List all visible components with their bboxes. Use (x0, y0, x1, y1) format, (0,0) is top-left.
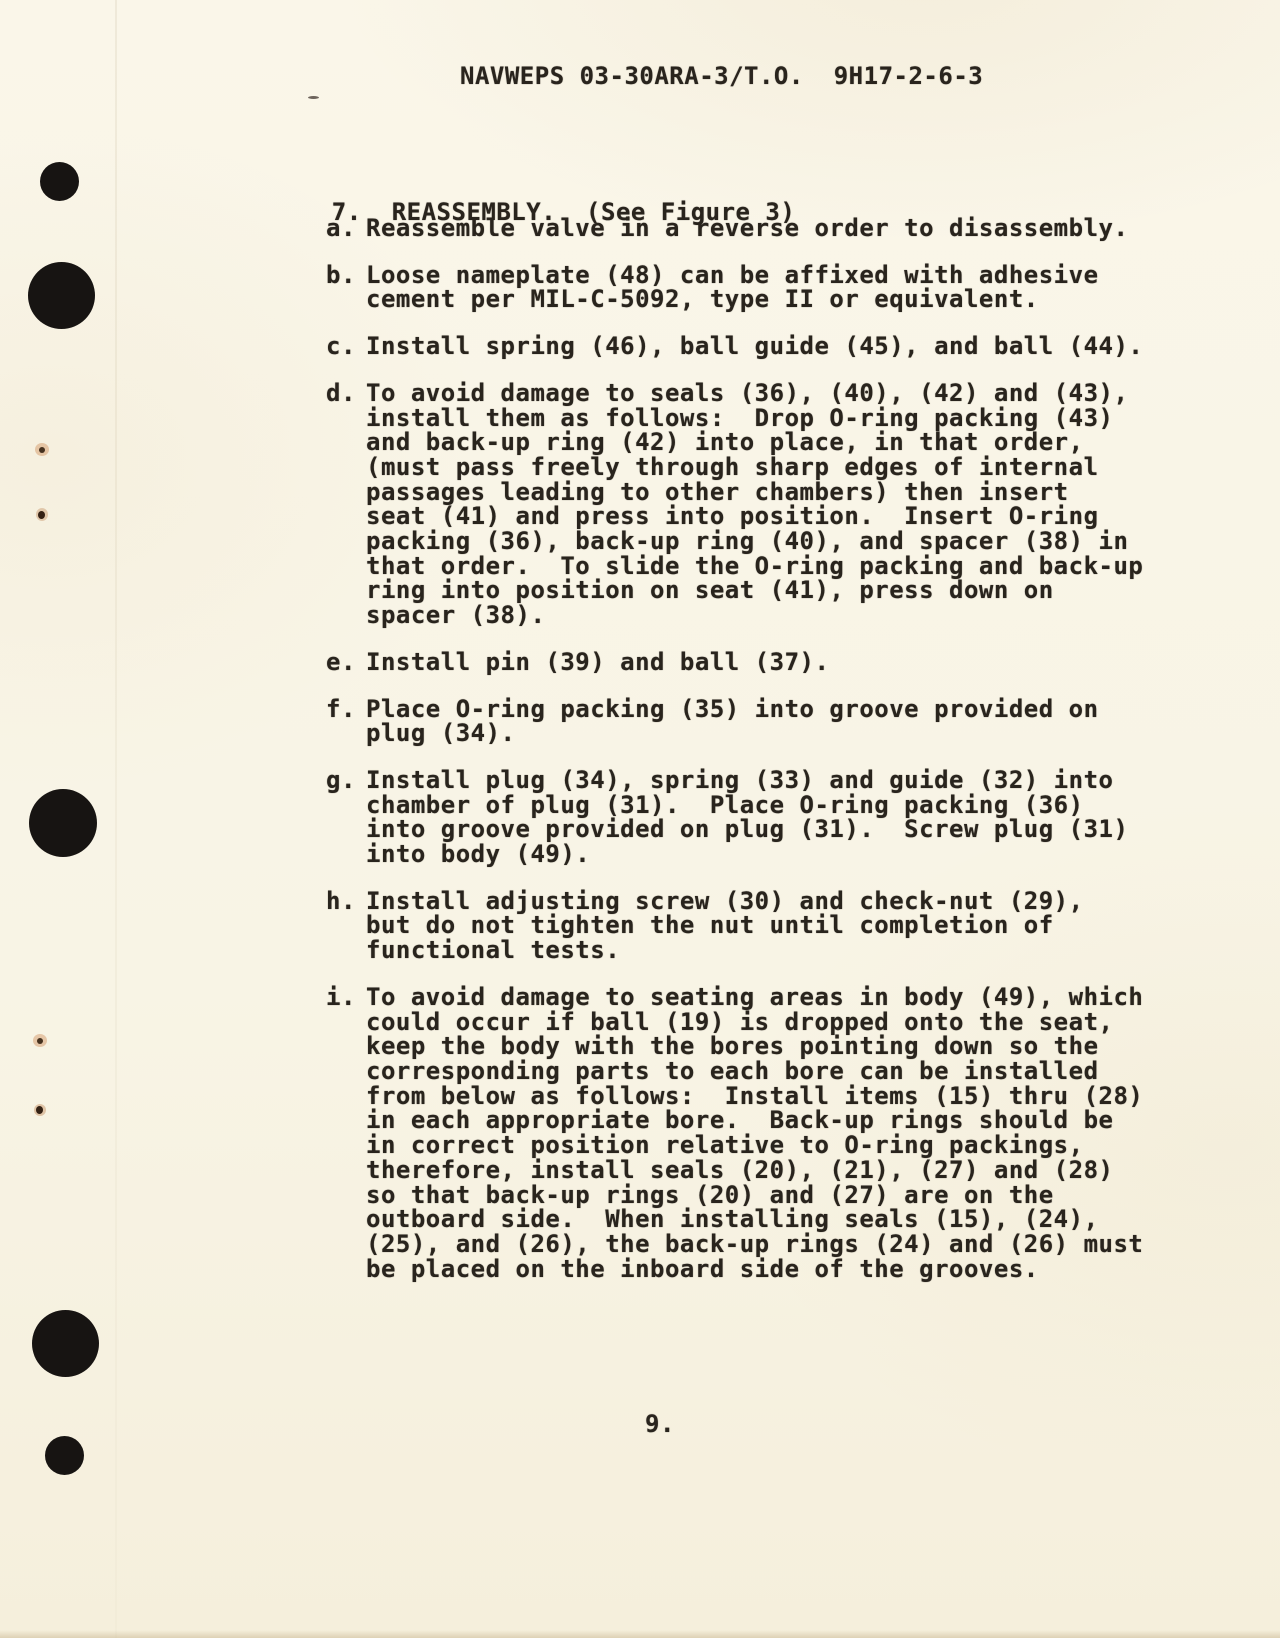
step-label: i. (326, 985, 366, 1281)
procedure-step: a.Reassemble valve in a reverse order to… (326, 216, 1206, 241)
step-line: keep the body with the bores pointing do… (366, 1034, 1143, 1059)
step-text: Place O-ring packing (35) into groove pr… (366, 697, 1099, 746)
step-label: c. (326, 334, 366, 359)
step-line: seat (41) and press into position. Inser… (366, 504, 1143, 529)
step-line: Install adjusting screw (30) and check-n… (366, 889, 1084, 914)
hole-punch-mark (40, 162, 79, 201)
step-label: h. (326, 889, 366, 963)
step-line: so that back-up rings (20) and (27) are … (366, 1183, 1143, 1208)
paper-speck (39, 447, 45, 453)
hole-punch-mark (28, 262, 95, 329)
step-line: and back-up ring (42) into place, in tha… (366, 430, 1143, 455)
step-label: f. (326, 697, 366, 746)
step-line: Loose nameplate (48) can be affixed with… (366, 263, 1099, 288)
step-line: Install spring (46), ball guide (45), an… (366, 334, 1143, 359)
step-line: To avoid damage to seals (36), (40), (42… (366, 381, 1143, 406)
step-line: be placed on the inboard side of the gro… (366, 1257, 1143, 1282)
step-line: Place O-ring packing (35) into groove pr… (366, 697, 1099, 722)
step-label: g. (326, 768, 366, 867)
procedure-step: h.Install adjusting screw (30) and check… (326, 889, 1206, 963)
step-line: into groove provided on plug (31). Screw… (366, 817, 1128, 842)
scanned-document-page: NAVWEPS 03-30ARA-3/T.O. 9H17-2-6-3 7.REA… (0, 0, 1280, 1638)
step-line: in each appropriate bore. Back-up rings … (366, 1108, 1143, 1133)
step-text: Reassemble valve in a reverse order to d… (366, 216, 1128, 241)
step-label: a. (326, 216, 366, 241)
step-line: spacer (38). (366, 603, 1143, 628)
step-label: d. (326, 381, 366, 628)
procedure-step: e.Install pin (39) and ball (37). (326, 650, 1206, 675)
procedure-step: d.To avoid damage to seals (36), (40), (… (326, 381, 1206, 628)
step-line: but do not tighten the nut until complet… (366, 913, 1084, 938)
step-line: plug (34). (366, 721, 1099, 746)
procedure-step: i.To avoid damage to seating areas in bo… (326, 985, 1206, 1281)
procedure-step: b.Loose nameplate (48) can be affixed wi… (326, 263, 1206, 312)
step-line: passages leading to other chambers) then… (366, 480, 1143, 505)
hole-punch-mark (29, 789, 97, 857)
step-line: To avoid damage to seating areas in body… (366, 985, 1143, 1010)
step-line: from below as follows: Install items (15… (366, 1084, 1143, 1109)
paper-speck (308, 96, 319, 99)
step-line: therefore, install seals (20), (21), (27… (366, 1158, 1143, 1183)
step-line: packing (36), back-up ring (40), and spa… (366, 529, 1143, 554)
step-line: corresponding parts to each bore can be … (366, 1059, 1143, 1084)
page-number: 9. (645, 1410, 675, 1438)
hole-punch-mark (45, 1436, 84, 1475)
step-line: that order. To slide the O-ring packing … (366, 554, 1143, 579)
step-text: Install pin (39) and ball (37). (366, 650, 829, 675)
procedure-step: g.Install plug (34), spring (33) and gui… (326, 768, 1206, 867)
step-text: Install adjusting screw (30) and check-n… (366, 889, 1084, 963)
step-line: in correct position relative to O-ring p… (366, 1133, 1143, 1158)
procedure-steps: a.Reassemble valve in a reverse order to… (326, 216, 1206, 1303)
hole-punch-mark (32, 1310, 99, 1377)
step-line: chamber of plug (31). Place O-ring packi… (366, 793, 1128, 818)
procedure-step: c.Install spring (46), ball guide (45), … (326, 334, 1206, 359)
step-line: could occur if ball (19) is dropped onto… (366, 1010, 1143, 1035)
step-line: (must pass freely through sharp edges of… (366, 455, 1143, 480)
step-line: ring into position on seat (41), press d… (366, 578, 1143, 603)
scan-bottom-edge (0, 1630, 1280, 1638)
step-line: into body (49). (366, 842, 1128, 867)
paper-crease (115, 0, 117, 1638)
step-line: Install plug (34), spring (33) and guide… (366, 768, 1128, 793)
step-text: To avoid damage to seals (36), (40), (42… (366, 381, 1143, 628)
step-line: install them as follows: Drop O-ring pac… (366, 406, 1143, 431)
step-line: functional tests. (366, 938, 1084, 963)
step-text: Install spring (46), ball guide (45), an… (366, 334, 1143, 359)
document-header: NAVWEPS 03-30ARA-3/T.O. 9H17-2-6-3 (460, 62, 983, 90)
paper-speck (37, 1038, 43, 1044)
paper-speck (36, 1106, 43, 1114)
step-text: Loose nameplate (48) can be affixed with… (366, 263, 1099, 312)
step-line: (25), and (26), the back-up rings (24) a… (366, 1232, 1143, 1257)
step-line: cement per MIL-C-5092, type II or equiva… (366, 287, 1099, 312)
step-text: To avoid damage to seating areas in body… (366, 985, 1143, 1281)
step-label: b. (326, 263, 366, 312)
step-text: Install plug (34), spring (33) and guide… (366, 768, 1128, 867)
paper-speck (38, 511, 45, 519)
step-label: e. (326, 650, 366, 675)
procedure-step: f.Place O-ring packing (35) into groove … (326, 697, 1206, 746)
step-line: outboard side. When installing seals (15… (366, 1207, 1143, 1232)
step-line: Install pin (39) and ball (37). (366, 650, 829, 675)
step-line: Reassemble valve in a reverse order to d… (366, 216, 1128, 241)
